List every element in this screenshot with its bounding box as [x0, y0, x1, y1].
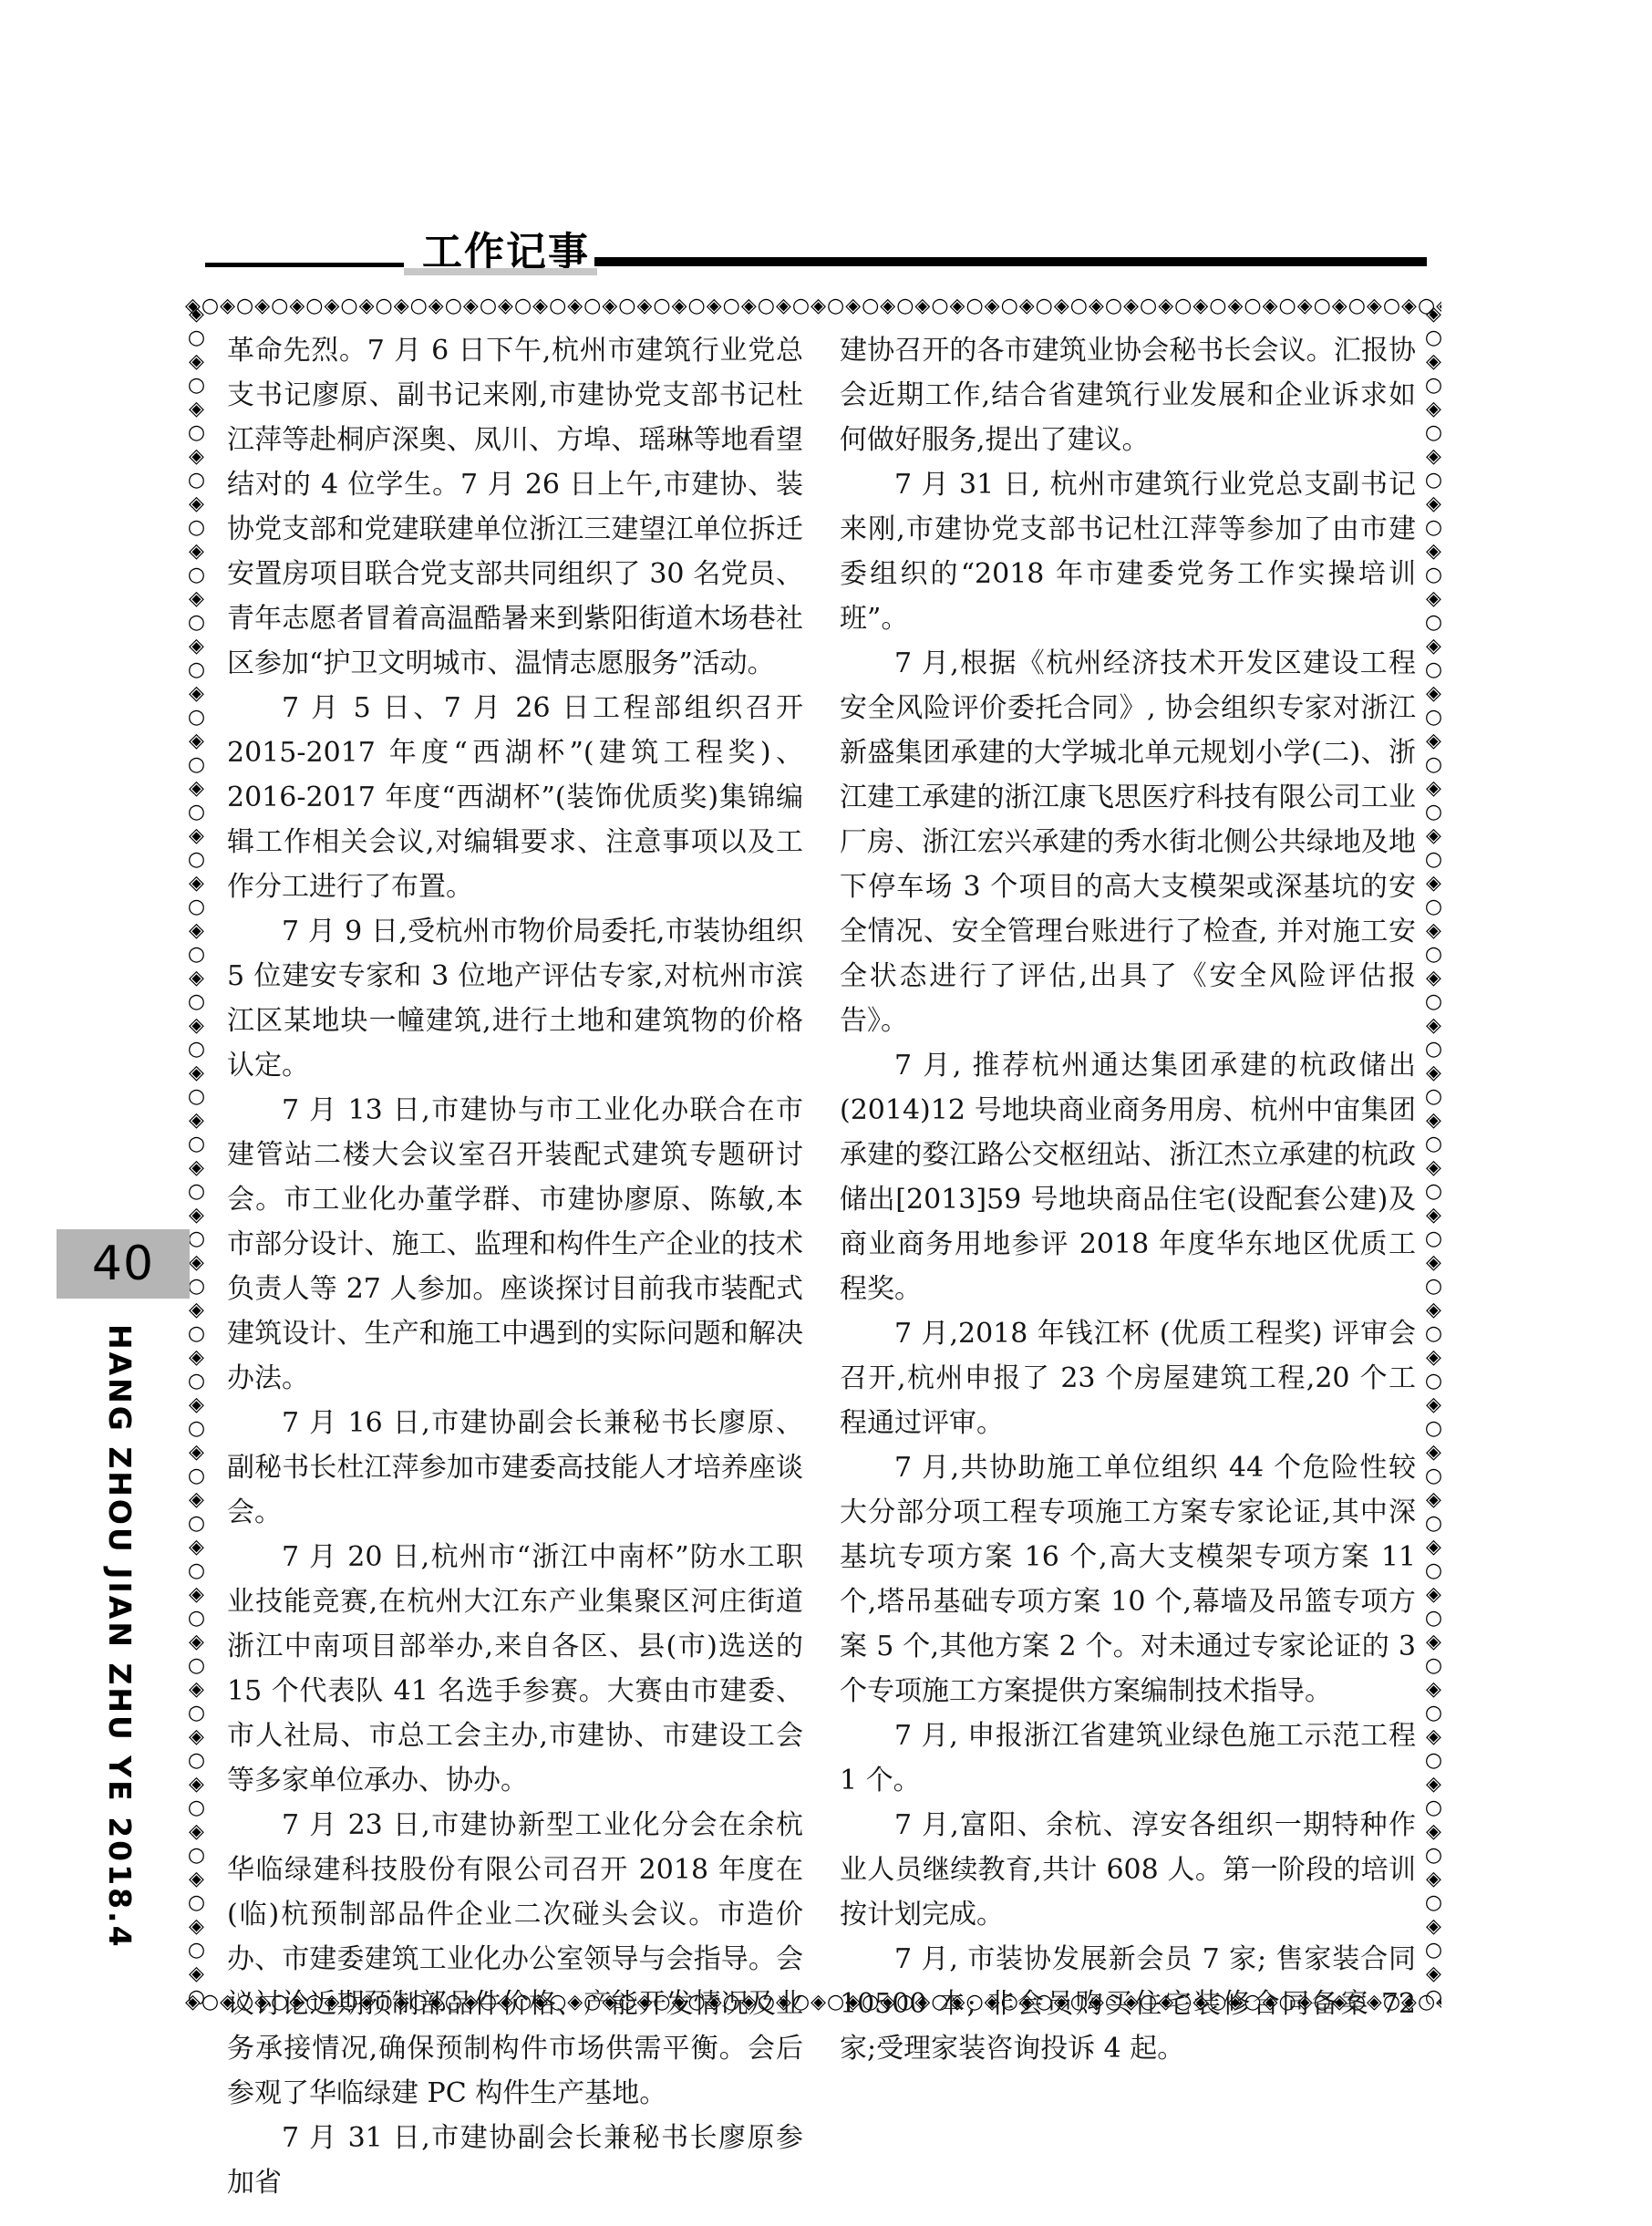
paragraph: 7 月 31 日, 杭州市建筑行业党总支副书记来刚,市建协党支部书记杜江萍等参加… — [840, 462, 1416, 641]
page-number-box: 40 — [57, 1229, 190, 1299]
paragraph: 7 月,2018 年钱江杯 (优质工程奖) 评审会召开,杭州申报了 23 个房屋… — [840, 1311, 1416, 1445]
text-column-left: 革命先烈。7 月 6 日下午,杭州市建筑行业党总支书记廖原、副书记来刚,市建协党… — [227, 328, 803, 2205]
paragraph: 7 月, 申报浙江省建筑业绿色施工示范工程 1 个。 — [840, 1714, 1416, 1803]
paragraph: 建协召开的各市建筑业协会秘书长会议。汇报协会近期工作,结合省建筑行业发展和企业诉… — [840, 328, 1416, 462]
paragraph: 7 月, 市装协发展新会员 7 家; 售家装合同 10500 本; 非会员购买住… — [840, 1937, 1416, 2071]
chain-border-top-icon: ◈○◈○◈○◈○◈○◈○◈○◈○◈○◈○◈○◈○◈○◈○◈○◈○◈○◈○◈○◈○… — [185, 294, 1441, 319]
paragraph: 7 月 5 日、7 月 26 日工程部组织召开 2015-2017 年度“西湖杯… — [227, 686, 803, 909]
text-column-right: 建协召开的各市建筑业协会秘书长会议。汇报协会近期工作,结合省建筑行业发展和企业诉… — [840, 328, 1416, 2071]
paragraph: 7 月 9 日,受杭州市物价局委托,市装协组织 5 位建安专家和 3 位地产评估… — [227, 909, 803, 1088]
paragraph: 7 月 13 日,市建协与市工业化办联合在市建管站二楼大会议室召开装配式建筑专题… — [227, 1088, 803, 1401]
paragraph: 7 月 23 日,市建协新型工业化分会在余杭华临绿建科技股份有限公司召开 201… — [227, 1803, 803, 2116]
title-underline-shadow — [404, 268, 597, 275]
paragraph: 革命先烈。7 月 6 日下午,杭州市建筑行业党总支书记廖原、副书记来刚,市建协党… — [227, 328, 803, 686]
chain-border-left-icon: ◈○◈○◈○◈○◈○◈○◈○◈○◈○◈○◈○◈○◈○◈○◈○◈○◈○◈○◈○◈○… — [183, 303, 209, 2004]
header-rule-right — [594, 257, 1427, 266]
paragraph: 7 月 20 日,杭州市“浙江中南杯”防水工职业技能竞赛,在杭州大江东产业集聚区… — [227, 1535, 803, 1803]
page-number: 40 — [92, 1237, 154, 1291]
paragraph: 7 月, 推荐杭州通达集团承建的杭政储出(2014)12 号地块商业商务用房、杭… — [840, 1043, 1416, 1311]
paragraph: 7 月 31 日,市建协副会长兼秘书长廖原参加省 — [227, 2116, 803, 2205]
paragraph: 7 月,根据《杭州经济技术开发区建设工程安全风险评价委托合同》, 协会组织专家对… — [840, 641, 1416, 1043]
paragraph: 7 月,共协助施工单位组织 44 个危险性较大分部分项工程专项施工方案专家论证,… — [840, 1445, 1416, 1714]
paragraph: 7 月,富阳、余杭、淳安各组织一期特种作业人员继续教育,共计 608 人。第一阶… — [840, 1803, 1416, 1937]
magazine-page: 工作记事 ◈○◈○◈○◈○◈○◈○◈○◈○◈○◈○◈○◈○◈○◈○◈○◈○◈○◈… — [0, 0, 1652, 2226]
paragraph: 7 月 16 日,市建协副会长兼秘书长廖原、副秘书长杜江萍参加市建委高技能人才培… — [227, 1401, 803, 1535]
journal-title-vertical: HANG ZHOU JIAN ZHU YE 2018.4 — [102, 1324, 138, 1926]
chain-border-right-icon: ◈○◈○◈○◈○◈○◈○◈○◈○◈○◈○◈○◈○◈○◈○◈○◈○◈○◈○◈○◈○… — [1420, 303, 1446, 2004]
header-rule-left — [205, 263, 404, 267]
